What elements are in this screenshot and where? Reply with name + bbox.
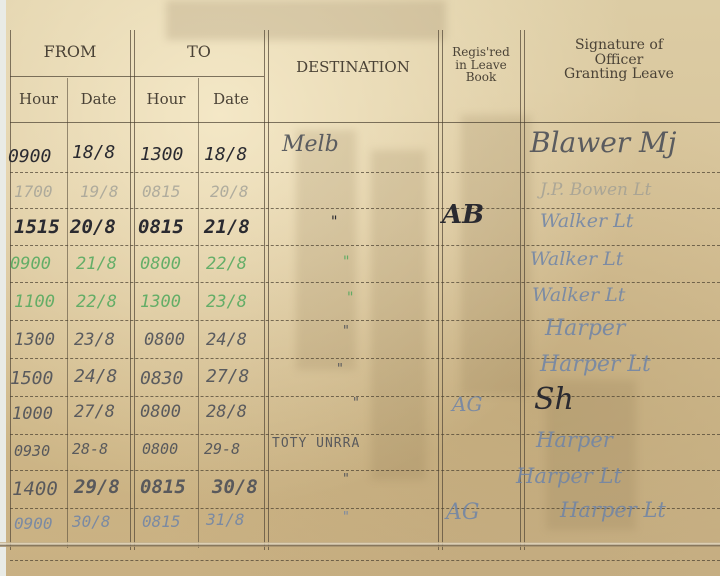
from-hour: 0930 xyxy=(14,442,50,460)
bleed-through-stain xyxy=(166,0,446,40)
destination-ditto: " xyxy=(346,290,354,306)
from-date: 22/8 xyxy=(76,292,117,312)
from-date: 27/8 xyxy=(74,402,115,422)
from-hour: 1400 xyxy=(12,478,58,500)
header-from-date: Date xyxy=(67,92,130,108)
destination-ditto: " xyxy=(342,324,350,339)
to-date: 28/8 xyxy=(206,402,247,422)
officer-signature: J.P. Bowen Lt xyxy=(540,180,652,200)
officer-signature: Harper Lt xyxy=(560,498,666,522)
destination-ditto: " xyxy=(342,472,350,487)
from-date: 18/8 xyxy=(72,142,115,163)
from-date: 28-8 xyxy=(72,440,108,458)
to-date: 30/8 xyxy=(212,476,258,498)
to-hour: 0800 xyxy=(140,254,181,274)
header-from-hour: Hour xyxy=(10,92,67,108)
officer-signature: Walker Lt xyxy=(530,248,623,270)
to-hour: 0815 xyxy=(142,512,181,531)
from-hour: 0900 xyxy=(8,146,51,167)
from-date: 29/8 xyxy=(74,476,120,498)
to-hour: 0815 xyxy=(140,476,186,498)
to-hour: 0800 xyxy=(142,440,178,458)
to-date: 20/8 xyxy=(210,182,249,201)
from-hour: 1100 xyxy=(14,292,55,312)
to-hour: 0800 xyxy=(144,330,185,350)
destination-ditto: " xyxy=(336,362,344,377)
from-date: 20/8 xyxy=(70,216,116,238)
destination: Melb xyxy=(282,132,339,157)
to-date: 23/8 xyxy=(206,292,247,312)
from-date: 24/8 xyxy=(74,366,117,387)
to-date: 27/8 xyxy=(206,366,249,387)
to-hour: 0800 xyxy=(140,402,181,422)
destination-ditto: " xyxy=(342,254,350,270)
paper-fold-crease xyxy=(0,542,720,547)
from-hour: 1515 xyxy=(14,216,60,238)
destination: TOTY UNRRA xyxy=(272,436,360,451)
from-hour: 1700 xyxy=(14,182,53,201)
officer-signature: Blawer Mj xyxy=(530,126,676,159)
from-hour: 0900 xyxy=(14,514,53,533)
from-date: 21/8 xyxy=(76,254,117,274)
water-stain xyxy=(371,150,426,480)
from-date: 23/8 xyxy=(74,330,115,350)
destination-ditto: " xyxy=(342,510,350,525)
to-hour: 0830 xyxy=(140,368,183,389)
officer-signature: Harper Lt xyxy=(516,464,622,488)
registered-initials: AG xyxy=(446,500,479,525)
to-date: 31/8 xyxy=(206,510,245,529)
from-hour: 1300 xyxy=(14,330,55,350)
to-hour: 0815 xyxy=(138,216,184,238)
officer-signature: Harper Lt xyxy=(540,352,651,377)
to-date: 29-8 xyxy=(204,440,240,458)
to-date: 22/8 xyxy=(206,254,247,274)
from-hour: 1000 xyxy=(12,404,53,424)
to-date: 24/8 xyxy=(206,330,247,350)
to-hour: 1300 xyxy=(140,144,183,165)
header-from: FROM xyxy=(10,44,130,61)
officer-signature: Harper xyxy=(545,316,625,341)
to-hour: 0815 xyxy=(142,182,181,201)
officer-signature: Sh xyxy=(534,382,574,417)
header-to-date: Date xyxy=(198,92,264,108)
destination-ditto: " xyxy=(330,214,338,230)
header-to: TO xyxy=(134,44,264,61)
header-registered: Regis'red in Leave Book xyxy=(442,46,520,84)
officer-signature: Walker Lt xyxy=(540,210,633,232)
officer-signature: Walker Lt xyxy=(532,284,625,306)
officer-signature: Harper xyxy=(536,428,613,452)
registered-initials: AB xyxy=(442,200,484,230)
from-date: 30/8 xyxy=(72,512,111,531)
destination-ditto: " xyxy=(352,396,360,411)
to-date: 21/8 xyxy=(204,216,250,238)
header-to-hour: Hour xyxy=(134,92,198,108)
from-hour: 0900 xyxy=(10,254,51,274)
header-signature: Signature of Officer Granting Leave xyxy=(524,38,714,82)
from-date: 19/8 xyxy=(80,182,119,201)
to-hour: 1300 xyxy=(140,292,181,312)
to-date: 18/8 xyxy=(204,144,247,165)
header-destination: DESTINATION xyxy=(268,60,438,76)
from-hour: 1500 xyxy=(10,368,53,389)
registered-initials: AG xyxy=(452,392,482,416)
